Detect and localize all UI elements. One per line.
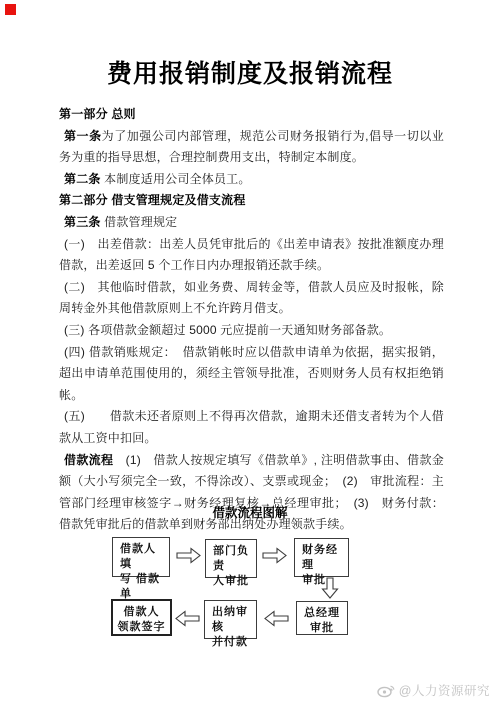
flow-box-finance-manager-approval: 财务经理 审批 bbox=[294, 538, 349, 577]
flow-box-line: 财务经理 bbox=[302, 543, 346, 573]
flow-box-general-manager-approval: 总经理 审批 bbox=[296, 601, 348, 635]
red-corner-marker bbox=[5, 4, 16, 15]
flow-box-line: 出纳审核 bbox=[212, 605, 254, 635]
paragraph-article2: 第二条 本制度适用公司全体员工。 bbox=[59, 169, 444, 191]
flow-box-line: 领款签字 bbox=[115, 620, 168, 635]
arrow-left-icon bbox=[174, 610, 200, 627]
paragraph-loan-process: 借款流程 (1) 借款人按规定填写《借款单》, 注明借款事由、借款金额（大小写须… bbox=[59, 450, 444, 536]
article3-text: 借款管理规定 bbox=[101, 215, 178, 229]
watermark-text: @人力资源研究 bbox=[399, 681, 490, 699]
flow-box-borrower-sign-receipt: 借款人 领款签字 bbox=[111, 599, 172, 636]
article1-text: 为了加强公司内部管理，规范公司财务报销行为,倡导一切以业务为重的指导思想，合理控… bbox=[59, 129, 444, 165]
list-item-5: (五) 借款未还者原则上不得再次借款，逾期未还借支者转为个人借款从工资中扣回。 bbox=[59, 406, 444, 449]
flow-box-cashier-review-payment: 出纳审核 并付款 bbox=[204, 600, 257, 639]
flow-box-line: 并付款 bbox=[212, 635, 254, 650]
list-item-4: (四) 借款销账规定： 借款销帐时应以借款申请单为依据，据实报销，超出申请单范围… bbox=[59, 342, 444, 407]
article3-label: 第三条 bbox=[64, 215, 101, 229]
weibo-icon bbox=[377, 682, 396, 698]
flow-box-line: 人审批 bbox=[213, 574, 254, 589]
flow-box-line: 部门负责 bbox=[213, 544, 254, 574]
section-heading-part2: 第二部分 借支管理规定及借支流程 bbox=[59, 190, 444, 212]
list-item-3: (三) 各项借款金额超过 5000 元应提前一天通知财务部备款。 bbox=[59, 320, 444, 342]
article2-text: 本制度适用公司全体员工。 bbox=[101, 172, 251, 186]
list-item-1: (一) 出差借款：出差人员凭审批后的《出差申请表》按批准额度办理借款，出差返回 … bbox=[59, 234, 444, 277]
flow-box-line: 写 借款单 bbox=[120, 572, 167, 602]
paragraph-article1: 第一条为了加强公司内部管理，规范公司财务报销行为,倡导一切以业务为重的指导思想，… bbox=[59, 126, 444, 169]
article2-label: 第二条 bbox=[64, 172, 101, 186]
page-title: 费用报销制度及报销流程 bbox=[0, 0, 500, 90]
article1-label: 第一条 bbox=[64, 129, 102, 143]
flow-box-line: 借款人 bbox=[115, 605, 168, 620]
flow-box-line: 总经理 bbox=[299, 606, 345, 621]
flow-box-line: 借款人填 bbox=[120, 542, 167, 572]
document-page: 费用报销制度及报销流程 第一部分 总则 第一条为了加强公司内部管理，规范公司财务… bbox=[0, 0, 500, 707]
arrow-down-icon bbox=[321, 577, 339, 599]
flow-box-fill-loan-form: 借款人填 写 借款单 bbox=[112, 537, 170, 577]
watermark: @人力资源研究 bbox=[377, 681, 490, 699]
flow-box-line: 审批 bbox=[299, 621, 345, 636]
loan-process-label: 借款流程 bbox=[64, 453, 113, 467]
flowchart-heading: 借款流程图解 bbox=[0, 503, 500, 521]
arrow-right-icon bbox=[262, 547, 287, 564]
section-heading-part1: 第一部分 总则 bbox=[59, 104, 444, 126]
list-item-2: (二) 其他临时借款，如业务费、周转金等，借款人员应及时报帐，除周转金外其他借款… bbox=[59, 277, 444, 320]
flow-box-department-head-approval: 部门负责 人审批 bbox=[205, 539, 257, 578]
paragraph-article3: 第三条 借款管理规定 bbox=[59, 212, 444, 234]
arrow-left-icon bbox=[263, 610, 289, 627]
loan-flowchart: 借款人填 写 借款单 部门负责 人审批 财务经理 审批 总经理 审批 bbox=[0, 530, 500, 660]
document-body: 第一部分 总则 第一条为了加强公司内部管理，规范公司财务报销行为,倡导一切以业务… bbox=[59, 104, 444, 536]
arrow-right-icon bbox=[176, 547, 201, 564]
